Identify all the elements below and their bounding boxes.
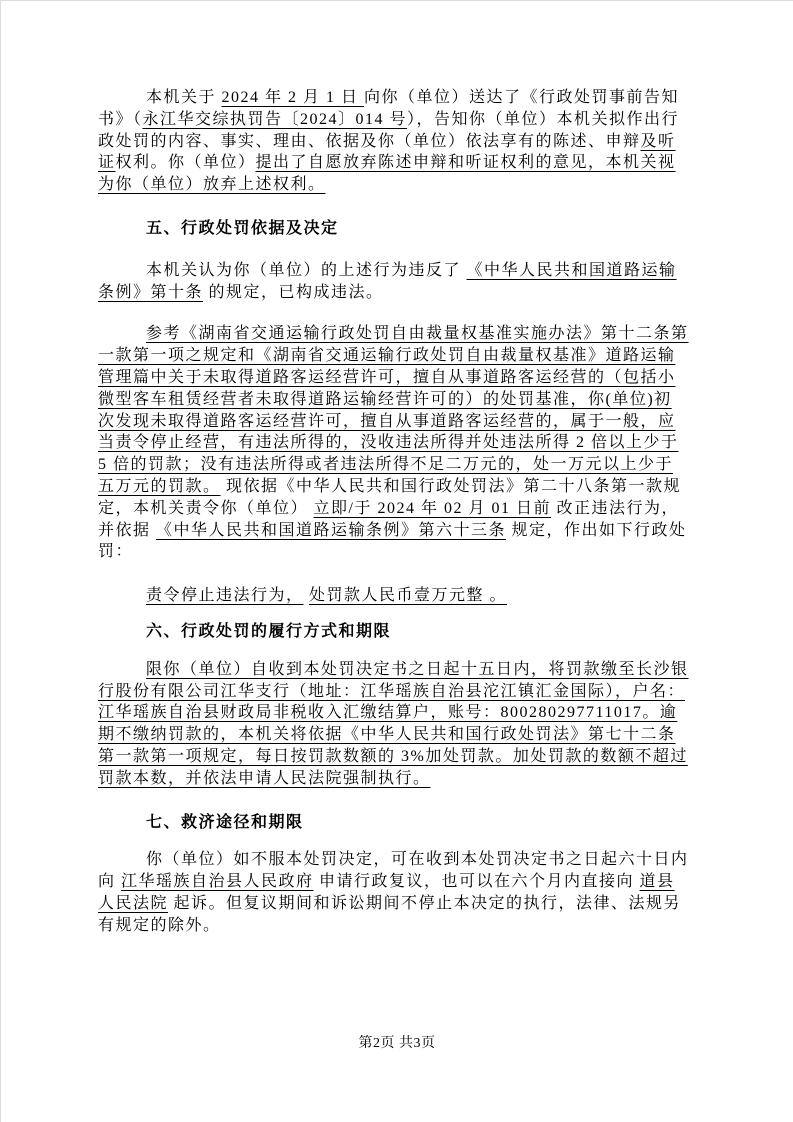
penalty-decision-line: 责令停止违法行为， 处罚款人民币壹万元整 。 — [98, 585, 689, 607]
text-run: 的规定，已构成违法。 — [203, 284, 384, 301]
underlined-text-run: 江华瑶族自治县人民政府 — [121, 873, 314, 890]
text-run: 本机关认为你（单位）的上述行为违反了 — [146, 262, 467, 279]
document-page: 本机关于 2024 年 2 月 1 日 向你（单位）送达了《行政处罚事前告知书》… — [0, 0, 793, 1122]
payment-instructions-paragraph: 限你（单位）自收到本处罚决定书之日起十五日内，将罚款缴至长沙银行股份有限公司江华… — [98, 659, 689, 790]
violation-finding-paragraph: 本机关认为你（单位）的上述行为违反了 《中华人民共和国道路运输条例》第十条 的规… — [98, 260, 689, 304]
underlined-text-run: 2024 年 2 月 1 日 — [222, 89, 365, 106]
text-run: 权利。你（单位） — [116, 154, 256, 171]
text-run: 起诉。但复议期间和诉讼期间不停止本决定的执行，法律、法规另有规定的除外。 — [98, 895, 681, 934]
document-body: 本机关于 2024 年 2 月 1 日 向你（单位）送达了《行政处罚事前告知书》… — [98, 87, 689, 937]
text-run: 申请行政复议，也可以在六个月内直接向 — [314, 873, 640, 890]
remedies-paragraph: 你（单位）如不服本处罚决定，可在收到本处罚决定书之日起六十日内向 江华瑶族自治县… — [98, 849, 689, 936]
service-of-prior-notice-paragraph: 本机关于 2024 年 2 月 1 日 向你（单位）送达了《行政处罚事前告知书》… — [98, 87, 689, 196]
section-7-heading: 七、救济途径和期限 — [98, 812, 689, 834]
underlined-text-run: 《中华人民共和国道路运输条例》第六十三条 — [156, 522, 506, 539]
section-5-heading: 五、行政处罚依据及决定 — [98, 218, 689, 240]
underlined-text-run: 责令停止违法行为， — [146, 587, 304, 604]
underlined-text-run: 立即/于 2024 年 02 月 01 日前 — [314, 500, 551, 517]
page-footer: 第2页 共3页 — [1, 1032, 793, 1052]
page-number-text: 第2页 共3页 — [359, 1036, 436, 1051]
underlined-text-run: 参考《湖南省交通运输行政处罚自由裁量权基准实施办法》第十二条第一款第一项之规定和… — [98, 325, 689, 495]
section-6-heading: 六、行政处罚的履行方式和期限 — [98, 621, 689, 643]
penalty-basis-paragraph: 参考《湖南省交通运输行政处罚自由裁量权基准实施办法》第十二条第一款第一项之规定和… — [98, 323, 689, 563]
underlined-text-run: 永江华交综执罚告〔2024〕014 号 — [143, 111, 408, 128]
underlined-text-run: 限你（单位）自收到本处罚决定书之日起十五日内，将罚款缴至长沙银行股份有限公司江华… — [98, 661, 689, 787]
text-run: 本机关于 — [146, 89, 222, 106]
underlined-text-run: 处罚款人民币壹万元整 。 — [309, 587, 507, 604]
